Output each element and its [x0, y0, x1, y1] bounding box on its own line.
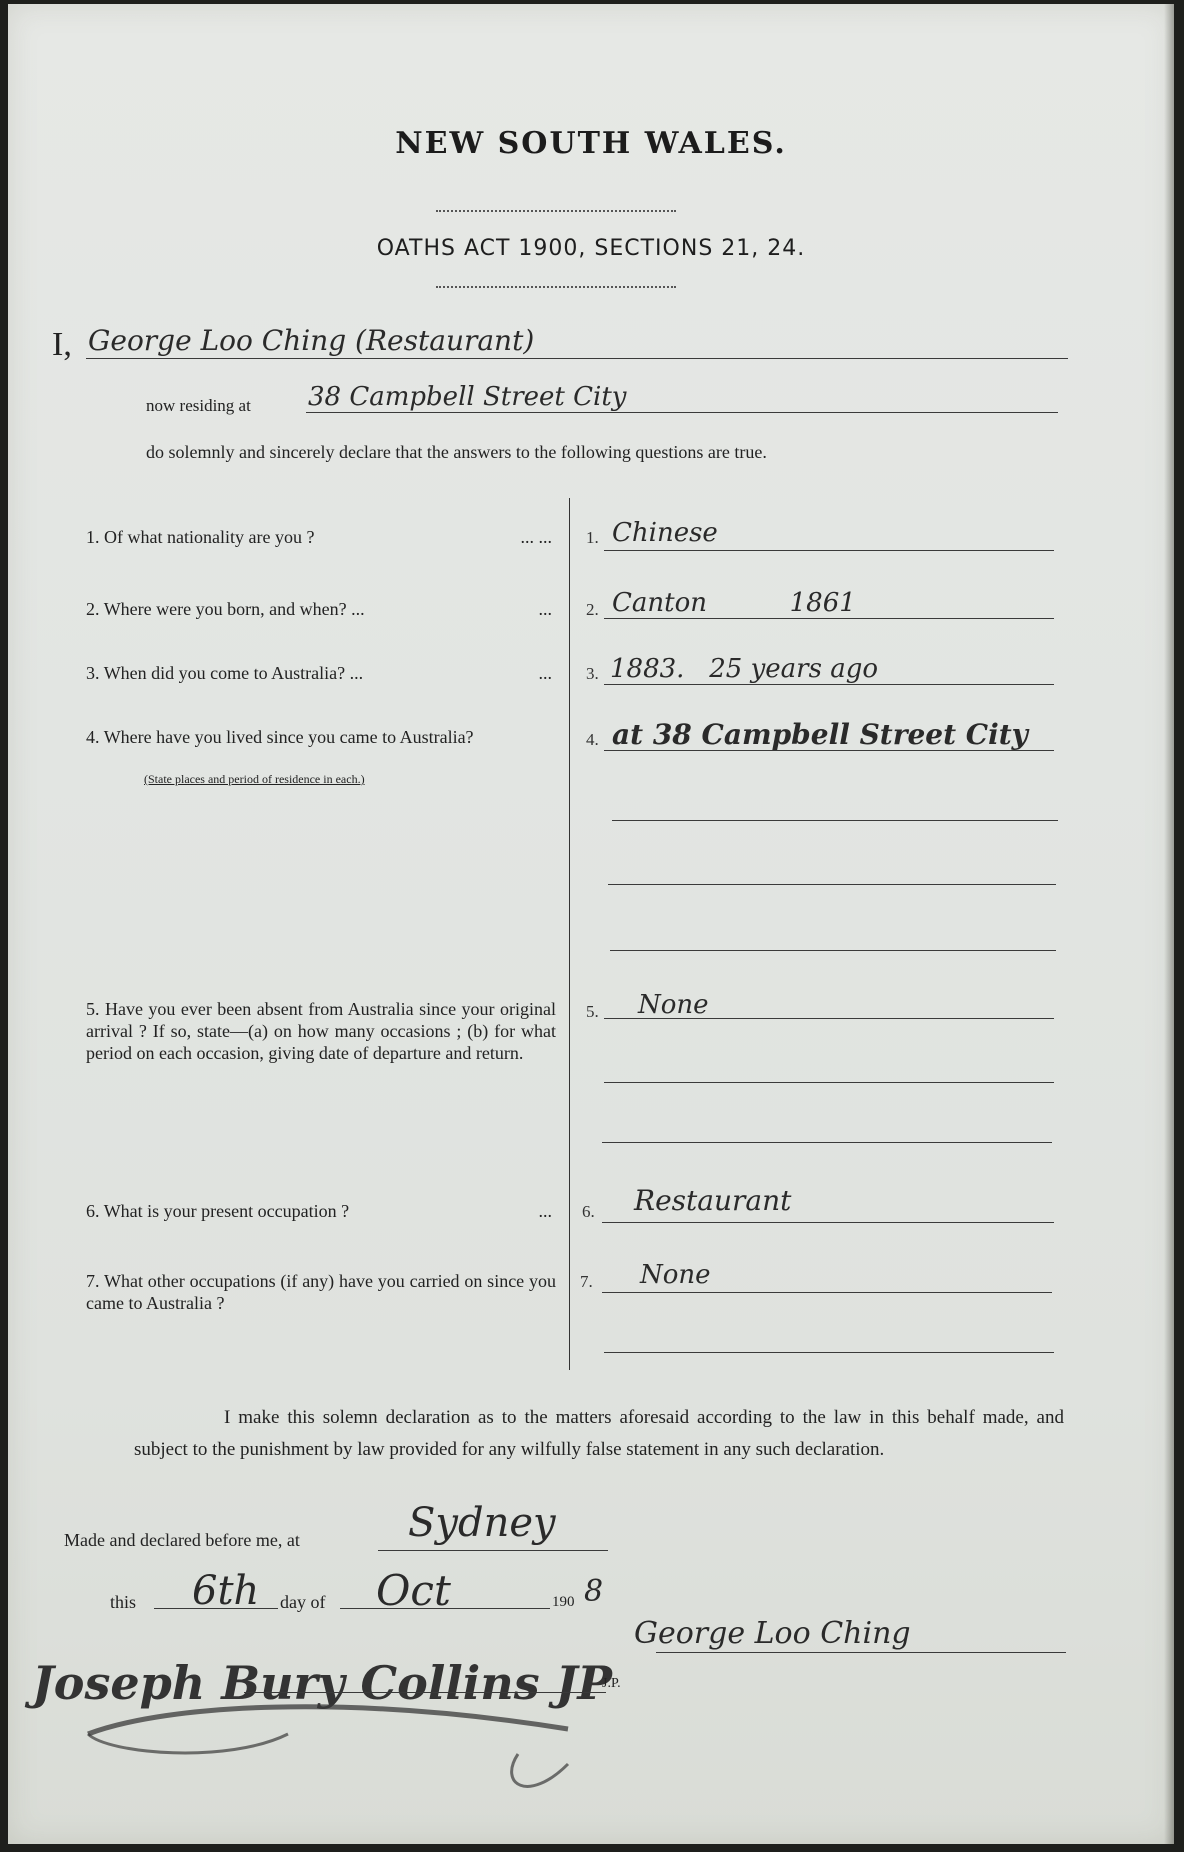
- answer-3-number: 3.: [586, 664, 599, 684]
- day-underline: [154, 1608, 278, 1609]
- question-5-number: 5.: [86, 999, 100, 1019]
- header-divider-top: [436, 210, 676, 212]
- document-heading: NEW SOUTH WALES.: [8, 126, 1174, 161]
- answer-6-underline: [602, 1222, 1054, 1223]
- made-declared-label: Made and declared before me, at: [64, 1530, 300, 1551]
- question-6-text: What is your present occupation ?: [104, 1201, 349, 1221]
- answer-4-extra-line-2[interactable]: [608, 884, 1056, 885]
- answer-4-number: 4.: [586, 730, 599, 750]
- answer-2-field[interactable]: Canton 1861: [612, 588, 856, 618]
- declarant-signature-line: [656, 1652, 1066, 1653]
- witness-title: J.P.: [602, 1676, 621, 1692]
- question-4-number: 4.: [86, 727, 100, 747]
- answer-3-field[interactable]: 1883. 25 years ago: [610, 654, 878, 684]
- place-underline: [378, 1550, 608, 1551]
- answer-2-underline: [604, 618, 1054, 619]
- question-4-text: Where have you lived since you came to A…: [104, 727, 474, 747]
- question-1-leader: ... ...: [521, 526, 553, 548]
- year-prefix: 190: [552, 1594, 575, 1611]
- document-subheading: OATHS ACT 1900, SECTIONS 21, 24.: [8, 236, 1174, 261]
- question-3-number: 3.: [86, 663, 100, 683]
- residing-label: now residing at: [146, 396, 251, 416]
- answer-7-field[interactable]: None: [640, 1260, 711, 1290]
- answer-4-underline: [604, 750, 1054, 751]
- declarant-signature[interactable]: George Loo Ching: [634, 1616, 911, 1651]
- answer-5-field[interactable]: None: [638, 990, 709, 1020]
- header-divider-bottom: [436, 286, 676, 288]
- question-3-text: When did you come to Australia? ...: [104, 663, 363, 683]
- question-6: 6. What is your present occupation ? ...: [86, 1200, 556, 1222]
- question-1-text: Of what nationality are you ?: [104, 527, 314, 547]
- answer-2-number: 2.: [586, 600, 599, 620]
- answer-4-extra-line-3[interactable]: [610, 950, 1056, 951]
- question-5: 5. Have you ever been absent from Austra…: [86, 998, 556, 1064]
- question-2: 2. Where were you born, and when? ... ..…: [86, 598, 556, 620]
- answer-3-underline: [604, 684, 1054, 685]
- name-underline: [86, 358, 1068, 359]
- question-6-number: 6.: [86, 1201, 100, 1221]
- answer-7-underline: [602, 1292, 1052, 1293]
- answer-1-underline: [604, 550, 1054, 551]
- question-3: 3. When did you come to Australia? ... .…: [86, 662, 556, 684]
- declaration-intro: do solemnly and sincerely declare that t…: [146, 442, 767, 463]
- answer-6-field[interactable]: Restaurant: [634, 1186, 791, 1216]
- answer-1-field[interactable]: Chinese: [612, 518, 718, 548]
- this-label: this: [110, 1592, 136, 1613]
- question-5-text: Have you ever been absent from Australia…: [86, 999, 556, 1063]
- answer-7-number: 7.: [580, 1272, 593, 1292]
- answer-5-extra-line-1[interactable]: [604, 1082, 1054, 1083]
- signature-flourish: [48, 1694, 608, 1804]
- declarant-prefix: I,: [52, 326, 72, 364]
- answer-4-extra-line-1[interactable]: [612, 820, 1058, 821]
- question-7-number: 7.: [86, 1271, 100, 1291]
- declaration-form-page: NEW SOUTH WALES. OATHS ACT 1900, SECTION…: [8, 4, 1174, 1844]
- question-4: 4. Where have you lived since you came t…: [86, 726, 556, 748]
- address-field[interactable]: 38 Campbell Street City: [308, 382, 627, 412]
- question-2-text: Where were you born, and when? ...: [104, 599, 365, 619]
- question-3-leader: ...: [539, 662, 553, 684]
- month-underline: [340, 1608, 550, 1609]
- question-7-text: What other occupations (if any) have you…: [86, 1271, 556, 1313]
- question-7: 7. What other occupations (if any) have …: [86, 1270, 556, 1314]
- question-1: 1. Of what nationality are you ? ... ...: [86, 526, 556, 548]
- answer-5-extra-line-2[interactable]: [602, 1142, 1052, 1143]
- answer-5-underline: [604, 1018, 1054, 1019]
- question-6-leader: ...: [539, 1200, 553, 1222]
- day-of-label: day of: [280, 1592, 325, 1613]
- question-2-number: 2.: [86, 599, 100, 619]
- question-2-leader: ...: [539, 598, 553, 620]
- answer-5-number: 5.: [586, 1002, 599, 1022]
- question-1-number: 1.: [86, 527, 100, 547]
- column-divider: [569, 498, 570, 1370]
- answer-7-extra-line-1[interactable]: [604, 1352, 1054, 1353]
- answer-6-number: 6.: [582, 1202, 595, 1222]
- declarant-name-field[interactable]: George Loo Ching (Restaurant): [88, 324, 534, 357]
- witness-signature-line: [244, 1692, 606, 1693]
- question-4-note: (State places and period of residence in…: [144, 772, 365, 787]
- answer-4-field[interactable]: at 38 Campbell Street City: [612, 720, 1028, 750]
- year-suffix-field[interactable]: 8: [584, 1574, 603, 1609]
- place-field[interactable]: Sydney: [408, 1500, 556, 1546]
- answer-1-number: 1.: [586, 528, 599, 548]
- address-underline: [306, 412, 1058, 413]
- closing-statement: I make this solemn declaration as to the…: [134, 1402, 1064, 1466]
